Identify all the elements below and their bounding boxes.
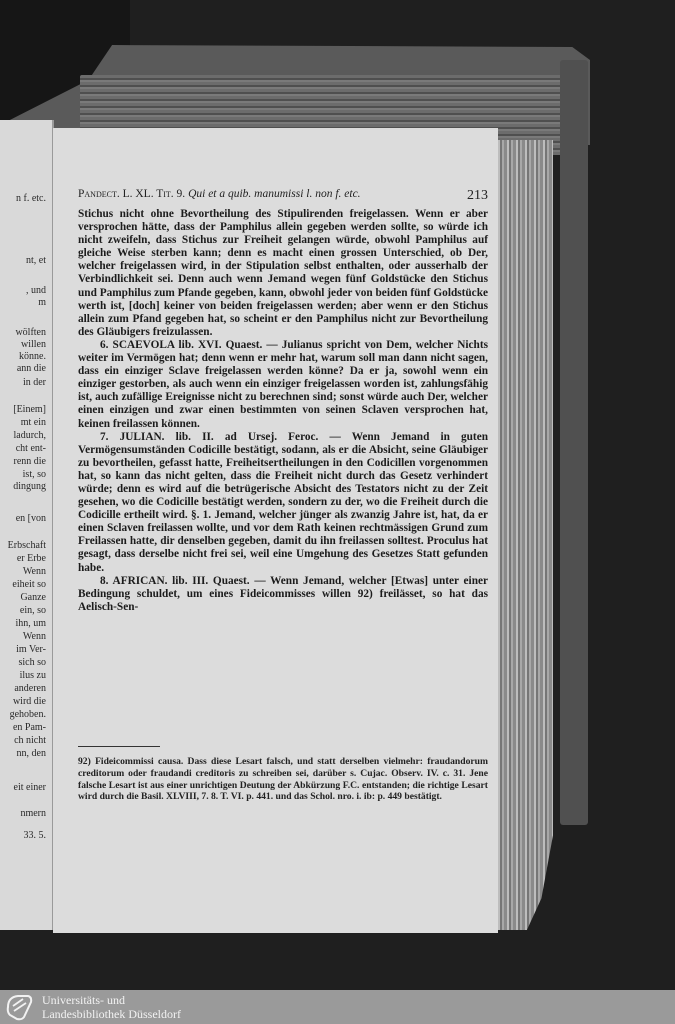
left-page-fragment: ein, so	[20, 605, 46, 616]
body-text: Stichus nicht ohne Bevortheilung des Sti…	[78, 208, 488, 614]
left-page-fragment: Erbschaft	[8, 540, 46, 551]
running-header: Pandect. L. XL. Tit. 9. Qui et a quib. m…	[78, 188, 488, 204]
left-page-fragment: dingung	[13, 481, 46, 492]
left-page-fragment: , und	[26, 285, 46, 296]
left-page-fragment: ist, so	[23, 469, 46, 480]
left-page-fragment: Wenn	[23, 566, 46, 577]
page-edges	[495, 140, 553, 930]
footnote: 92) Fideicommissi causa. Dass diese Lesa…	[78, 756, 488, 803]
left-page-fragment: könne.	[19, 351, 46, 362]
paragraph: 6. SCAEVOLA lib. XVI. Quaest. — Julianus…	[78, 339, 488, 431]
left-page-fragment: en Pam-	[13, 722, 46, 733]
left-page-fragment: mt ein	[21, 417, 46, 428]
left-page-fragment: eit einer	[14, 782, 46, 793]
left-page-fragment: nt, et	[26, 255, 46, 266]
left-page-fragment: nmern	[20, 808, 46, 819]
right-page: Pandect. L. XL. Tit. 9. Qui et a quib. m…	[53, 128, 498, 933]
paragraph: 8. AFRICAN. lib. III. Quaest. — Wenn Jem…	[78, 575, 488, 614]
left-page-fragment: cht ent-	[16, 443, 46, 454]
left-page-fragment: eiheit so	[12, 579, 46, 590]
left-page-fragment: en [von	[16, 513, 46, 524]
paragraph: Stichus nicht ohne Bevortheilung des Sti…	[78, 208, 488, 339]
footnote-rule	[78, 746, 160, 747]
left-page-fragment: anderen	[14, 683, 46, 694]
left-page-fragment: Wenn	[23, 631, 46, 642]
left-page-fragment: ihn, um	[15, 618, 46, 629]
book-cover-right	[560, 60, 588, 825]
left-page-fragment: ch nicht	[14, 735, 46, 746]
left-page-fragment: [Einem]	[13, 404, 46, 415]
running-title: Pandect. L. XL. Tit. 9. Qui et a quib. m…	[78, 188, 361, 204]
left-page-fragment: gehoben.	[10, 709, 46, 720]
page-number: 213	[467, 188, 488, 204]
left-page-fragment: im Ver-	[16, 644, 46, 655]
left-page-fragment: ladurch,	[14, 430, 47, 441]
left-page-fragment: wird die	[13, 696, 46, 707]
left-page-fragment: in der	[23, 377, 46, 388]
left-page: n f. etc.nt, et, undmwölftenwillenkönne.…	[0, 120, 54, 930]
left-page-fragment: renn die	[14, 456, 47, 467]
running-title-italic: Qui et a quib. manumissi l. non f. etc.	[188, 188, 361, 200]
left-page-fragment: ann die	[17, 363, 46, 374]
left-page-fragment: ilus zu	[20, 670, 46, 681]
left-page-fragment: er Erbe	[17, 553, 46, 564]
left-page-fragment: sich so	[19, 657, 47, 668]
left-page-fragment: n f. etc.	[16, 193, 46, 204]
left-page-fragment: 33. 5.	[24, 830, 47, 841]
paragraph: 7. JULIAN. lib. II. ad Ursej. Feroc. — W…	[78, 431, 488, 575]
left-page-fragment: nn, den	[17, 748, 46, 759]
left-page-fragment: Ganze	[20, 592, 46, 603]
left-page-fragment: willen	[21, 339, 46, 350]
library-logo-icon	[4, 993, 34, 1021]
library-name: Universitäts- und Landesbibliothek Düsse…	[42, 993, 181, 1021]
left-page-fragment: m	[38, 297, 46, 308]
left-page-fragment: wölften	[15, 327, 46, 338]
library-footer: Universitäts- und Landesbibliothek Düsse…	[0, 990, 675, 1024]
